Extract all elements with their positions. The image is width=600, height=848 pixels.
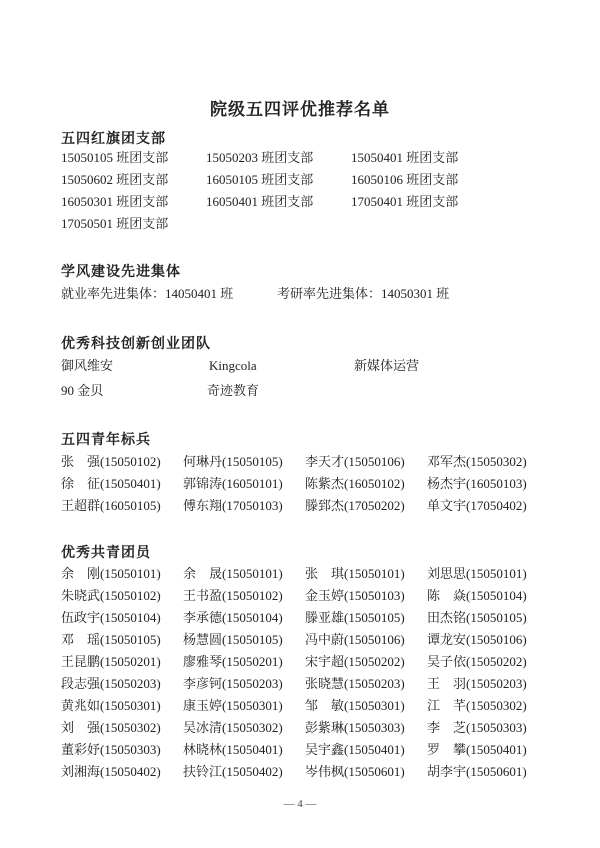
list-item: 陈 焱(15050104)	[427, 585, 527, 607]
section-heading-red-flag: 五四红旗团支部	[61, 128, 166, 148]
list-item: 刘 强(15050302)	[61, 717, 161, 739]
list-item: 邓 瑶(15050105)	[61, 629, 161, 651]
list-item: 徐 征(15050401)	[61, 473, 161, 495]
list-item: 康玉婷(15050301)	[183, 695, 283, 717]
list-item: 邓军杰(15050302)	[427, 451, 527, 473]
list-item: 罗 攀(15050401)	[427, 739, 527, 761]
list-item: 王昆鹏(15050201)	[61, 651, 161, 673]
list-item: 16050301 班团支部	[61, 191, 168, 213]
list-item: 李彦钶(15050203)	[183, 673, 283, 695]
list-item: 单文宇(17050402)	[427, 495, 527, 517]
document-title: 院级五四评优推荐名单	[0, 95, 600, 120]
list-item: 刘湘海(15050402)	[61, 761, 161, 783]
list-item: 滕郅杰(17050202)	[305, 495, 405, 517]
list-item: 15050203 班团支部	[206, 147, 313, 169]
section-heading-youth-model: 五四青年标兵	[61, 429, 151, 449]
list-item: 何琳丹(15050105)	[183, 451, 283, 473]
list-item: 张 强(15050102)	[61, 451, 161, 473]
list-item: 刘思思(15050101)	[427, 563, 527, 585]
list-item: 李承德(15050104)	[183, 607, 283, 629]
list-item: 新媒体运营	[354, 355, 419, 377]
list-item: 17050401 班团支部	[351, 191, 458, 213]
list-item: 金玉婷(15050103)	[305, 585, 405, 607]
list-item: 90 金贝	[61, 380, 103, 402]
list-item: 15050105 班团支部	[61, 147, 168, 169]
list-item: 邹 敏(15050301)	[305, 695, 405, 717]
list-item: 杨慧圆(15050105)	[183, 629, 283, 651]
list-item: 余 晟(15050101)	[183, 563, 283, 585]
list-item: 17050501 班团支部	[61, 213, 168, 235]
list-item: 林晓林(15050401)	[183, 739, 283, 761]
list-item: 16050105 班团支部	[206, 169, 313, 191]
list-item: 王书盈(15050102)	[183, 585, 283, 607]
list-item: 朱晓武(15050102)	[61, 585, 161, 607]
list-item: 胡李宇(15050601)	[427, 761, 527, 783]
list-item: 滕亚雄(15050105)	[305, 607, 405, 629]
list-item: 吴宇鑫(15050401)	[305, 739, 405, 761]
list-item: 彭紫琳(15050303)	[305, 717, 405, 739]
list-item: 王 羽(15050203)	[427, 673, 527, 695]
list-item: 15050602 班团支部	[61, 169, 168, 191]
list-item: 廖雅琴(15050201)	[183, 651, 283, 673]
page-number: — 4 —	[0, 798, 600, 810]
list-item: 伍政宇(15050104)	[61, 607, 161, 629]
list-item: 董彩妤(15050303)	[61, 739, 161, 761]
list-item: 奇迹教育	[207, 380, 259, 402]
list-item: 冯中蔚(15050106)	[305, 629, 405, 651]
list-item: 傅东翔(17050103)	[183, 495, 283, 517]
section-heading-league-members: 优秀共青团员	[61, 542, 151, 562]
list-item: 16050106 班团支部	[351, 169, 458, 191]
list-item: 岑伟枫(15050601)	[305, 761, 405, 783]
list-item: 余 刚(15050101)	[61, 563, 161, 585]
list-item: 15050401 班团支部	[351, 147, 458, 169]
list-item: 就业率先进集体：14050401 班	[61, 283, 233, 305]
section-heading-innovation: 优秀科技创新创业团队	[61, 333, 211, 353]
list-item: 谭龙安(15050106)	[427, 629, 527, 651]
list-item: 陈紫杰(16050102)	[305, 473, 405, 495]
list-item: 宋宇超(15050202)	[305, 651, 405, 673]
list-item: 李 芝(15050303)	[427, 717, 527, 739]
list-item: 张晓慧(15050203)	[305, 673, 405, 695]
list-item: 御风维安	[61, 355, 113, 377]
list-item: 考研率先进集体：14050301 班	[277, 283, 449, 305]
list-item: 郭锦涛(16050101)	[183, 473, 283, 495]
list-item: 江 芊(15050302)	[427, 695, 527, 717]
list-item: 田杰铭(15050105)	[427, 607, 527, 629]
section-heading-study-style: 学风建设先进集体	[61, 261, 181, 281]
list-item: 黄兆如(15050301)	[61, 695, 161, 717]
list-item: 李天才(15050106)	[305, 451, 405, 473]
list-item: 扶铃江(15050402)	[183, 761, 283, 783]
list-item: 王超群(16050105)	[61, 495, 161, 517]
list-item: 杨杰宇(16050103)	[427, 473, 527, 495]
list-item: 吴冰清(15050302)	[183, 717, 283, 739]
list-item: 吴子依(15050202)	[427, 651, 527, 673]
list-item: Kingcola	[209, 355, 257, 377]
list-item: 16050401 班团支部	[206, 191, 313, 213]
list-item: 张 琪(15050101)	[305, 563, 405, 585]
list-item: 段志强(15050203)	[61, 673, 161, 695]
